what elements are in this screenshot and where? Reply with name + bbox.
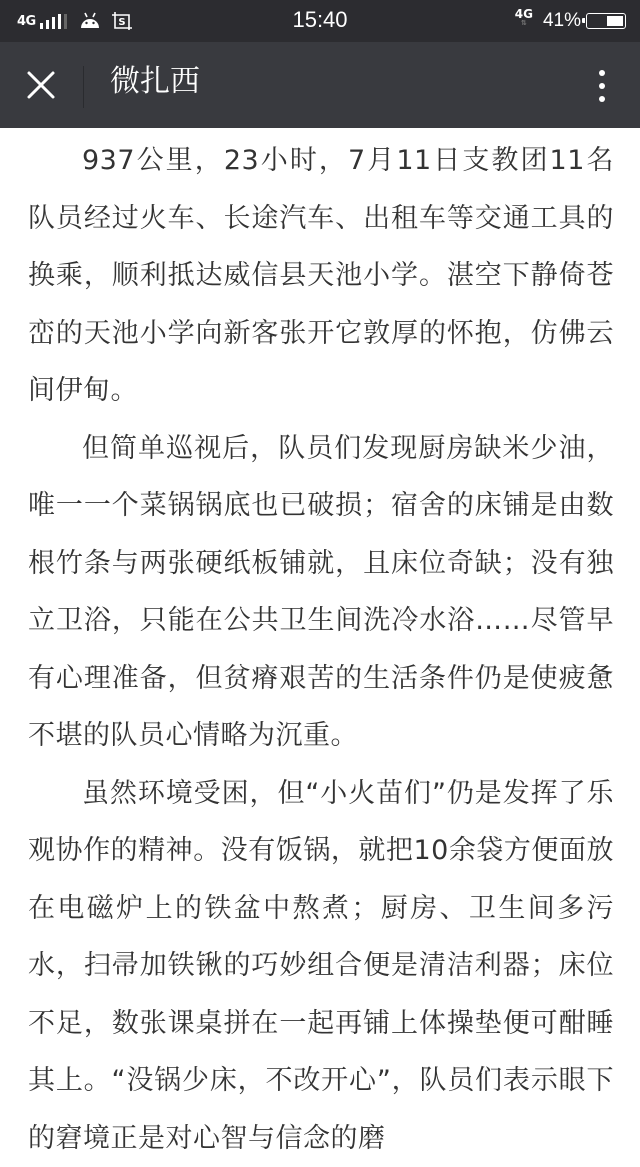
data-arrows-icon: ⇅ <box>515 20 533 27</box>
article-paragraph: 但简单巡视后，队员们发现厨房缺米少油，唯一一个菜锅锅底也已破损；宿舍的床铺是由数… <box>28 420 614 765</box>
nav-divider <box>83 66 84 108</box>
more-options-button[interactable] <box>590 64 614 108</box>
data-network-icon: 4G ⇅ <box>515 8 533 27</box>
page-title: 微扎西 <box>110 62 200 102</box>
battery-fill <box>607 16 623 26</box>
battery-percent: 41% <box>543 10 581 32</box>
close-button[interactable] <box>18 62 64 108</box>
article-paragraph: 虽然环境受困，但“小火苗们”仍是发挥了乐观协作的精神。没有饭锅，就把10余袋方便… <box>28 765 614 1138</box>
more-vertical-icon-dot <box>599 83 605 89</box>
status-bar-right: 4G ⇅ 41% <box>515 8 626 34</box>
more-vertical-icon-dot <box>599 70 605 76</box>
more-vertical-icon-dot <box>599 96 605 102</box>
article-body: 937公里，23小时，7月11日支教团11名队员经过火车、长途汽车、出租车等交通… <box>28 132 614 1137</box>
close-icon <box>26 70 56 100</box>
article-paragraph: 937公里，23小时，7月11日支教团11名队员经过火车、长途汽车、出租车等交通… <box>28 132 614 420</box>
battery-icon <box>586 13 626 29</box>
status-bar: 4G S 15:40 4G ⇅ 41% <box>0 0 640 42</box>
nav-bar: 微扎西 <box>0 42 640 128</box>
